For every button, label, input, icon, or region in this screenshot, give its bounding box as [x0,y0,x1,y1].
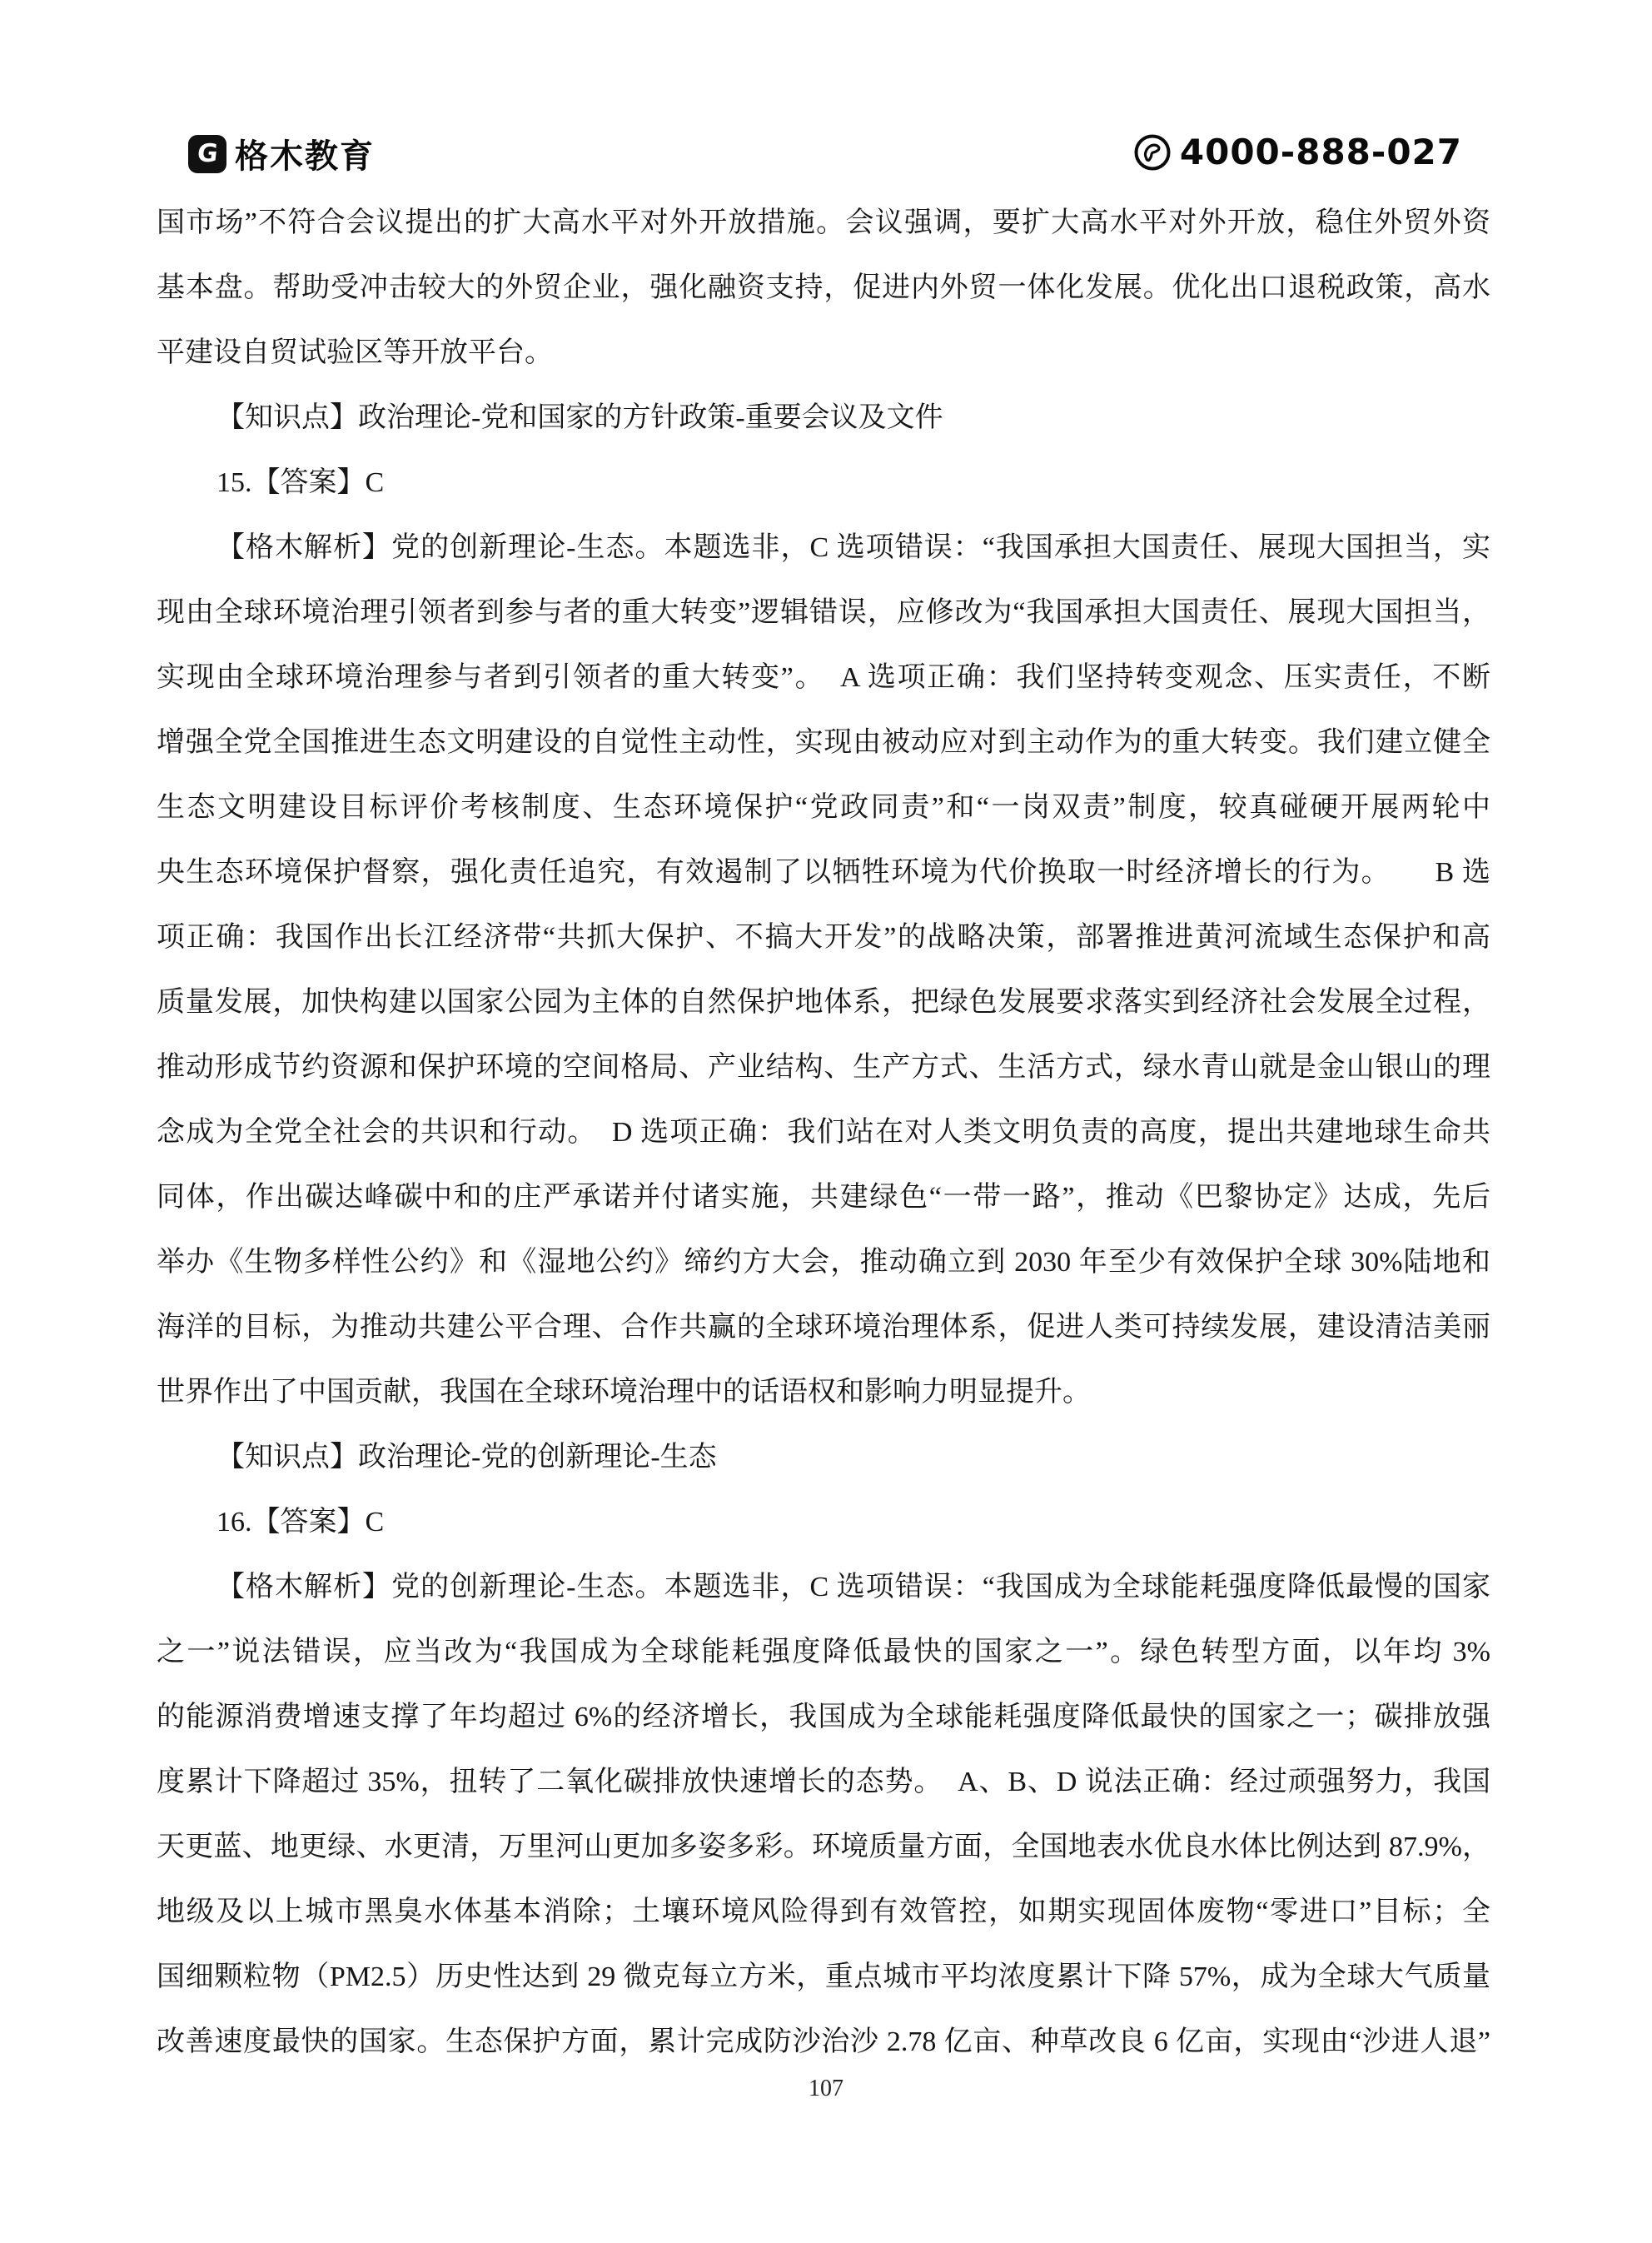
text-line-12: 质量发展，加快构建以国家公园为主体的自然保护地体系，把绿色发展要求落实到经济社会… [157,970,1490,1035]
text-line-17: 海洋的目标，为推动共建公平合理、合作共赢的全球环境治理体系，促进人类可持续发展，… [157,1295,1490,1360]
footer: 107 [0,2076,1652,2102]
page: { "header": { "brand": "格木教育", "logo_gly… [0,0,1652,2243]
text-line-18: 世界作出了中国贡献，我国在全球环境治理中的话语权和影响力明显提升。 [157,1360,1490,1425]
brand-name: 格木教育 [235,130,375,177]
text-line-9: 生态文明建设目标评价考核制度、生态环境保护“党政同责”和“一岗双责”制度，较真碰… [157,775,1490,840]
text-line-7: 实现由全球环境治理参与者到引领者的重大转变”。 A 选项正确：我们坚持转变观念、… [157,645,1490,710]
text-line-19: 【知识点】政治理论-党的创新理论-生态 [157,1425,1490,1490]
phone-icon [1133,133,1172,172]
text-line-13: 推动形成节约资源和保护环境的空间格局、产业结构、生产方式、生活方式，绿水青山就是… [157,1035,1490,1100]
text-line-0: 国市场”不符合会议提出的扩大高水平对外开放措施。会议强调，要扩大高水平对外开放，… [157,191,1490,256]
text-line-24: 度累计下降超过 35%，扭转了二氧化碳排放快速增长的态势。 A、B、D 说法正确… [157,1750,1490,1815]
text-line-28: 改善速度最快的国家。生态保护方面，累计完成防沙治沙 2.78 亿亩、种草改良 6… [157,2010,1490,2075]
text-line-21: 【格木解析】党的创新理论-生态。本题选非，C 选项错误：“我国成为全球能耗强度降… [157,1555,1490,1620]
text-line-20: 16.【答案】C [157,1490,1490,1555]
text-line-4: 15.【答案】C [157,451,1490,516]
header-brand: G 格木教育 [188,130,375,177]
page-number: 107 [809,2076,843,2101]
text-line-11: 项正确：我国作出长江经济带“共抓大保护、不搞大开发”的战略决策，部署推进黄河流域… [157,905,1490,970]
phone-number: 4000-888-027 [1180,132,1462,172]
gemu-logo-icon: G [188,135,226,173]
text-line-15: 同体，作出碳达峰碳中和的庄严承诺并付诸实施，共建绿色“一带一路”，推动《巴黎协定… [157,1165,1490,1230]
document-body: 国市场”不符合会议提出的扩大高水平对外开放措施。会议强调，要扩大高水平对外开放，… [157,191,1490,2075]
logo-glyph: G [196,142,219,167]
text-line-1: 基本盘。帮助受冲击较大的外贸企业，强化融资支持，促进内外贸一体化发展。优化出口退… [157,256,1490,321]
text-line-8: 增强全党全国推进生态文明建设的自觉性主动性，实现由被动应对到主动作为的重大转变。… [157,710,1490,775]
header-phone: 4000-888-027 [1133,132,1462,172]
text-line-14: 念成为全党全社会的共识和行动。 D 选项正确：我们站在对人类文明负责的高度，提出… [157,1100,1490,1165]
text-line-23: 的能源消费增速支撑了年均超过 6%的经济增长，我国成为全球能耗强度降低最快的国家… [157,1685,1490,1750]
text-line-2: 平建设自贸试验区等开放平台。 [157,321,1490,386]
text-line-5: 【格木解析】党的创新理论-生态。本题选非，C 选项错误：“我国承担大国责任、展现… [157,516,1490,581]
text-line-6: 现由全球环境治理引领者到参与者的重大转变”逻辑错误，应修改为“我国承担大国责任、… [157,581,1490,645]
text-line-25: 天更蓝、地更绿、水更清，万里河山更加多姿多彩。环境质量方面，全国地表水优良水体比… [157,1815,1490,1880]
text-line-26: 地级及以上城市黑臭水体基本消除；土壤环境风险得到有效管控，如期实现固体废物“零进… [157,1880,1490,1945]
text-line-27: 国细颗粒物（PM2.5）历史性达到 29 微克每立方米，重点城市平均浓度累计下降… [157,1945,1490,2010]
text-line-3: 【知识点】政治理论-党和国家的方针政策-重要会议及文件 [157,386,1490,451]
text-line-22: 之一”说法错误，应当改为“我国成为全球能耗强度降低最快的国家之一”。绿色转型方面… [157,1620,1490,1685]
text-line-10: 央生态环境保护督察，强化责任追究，有效遏制了以牺牲环境为代价换取一时经济增长的行… [157,840,1490,905]
text-line-16: 举办《生物多样性公约》和《湿地公约》缔约方大会，推动确立到 2030 年至少有效… [157,1230,1490,1295]
